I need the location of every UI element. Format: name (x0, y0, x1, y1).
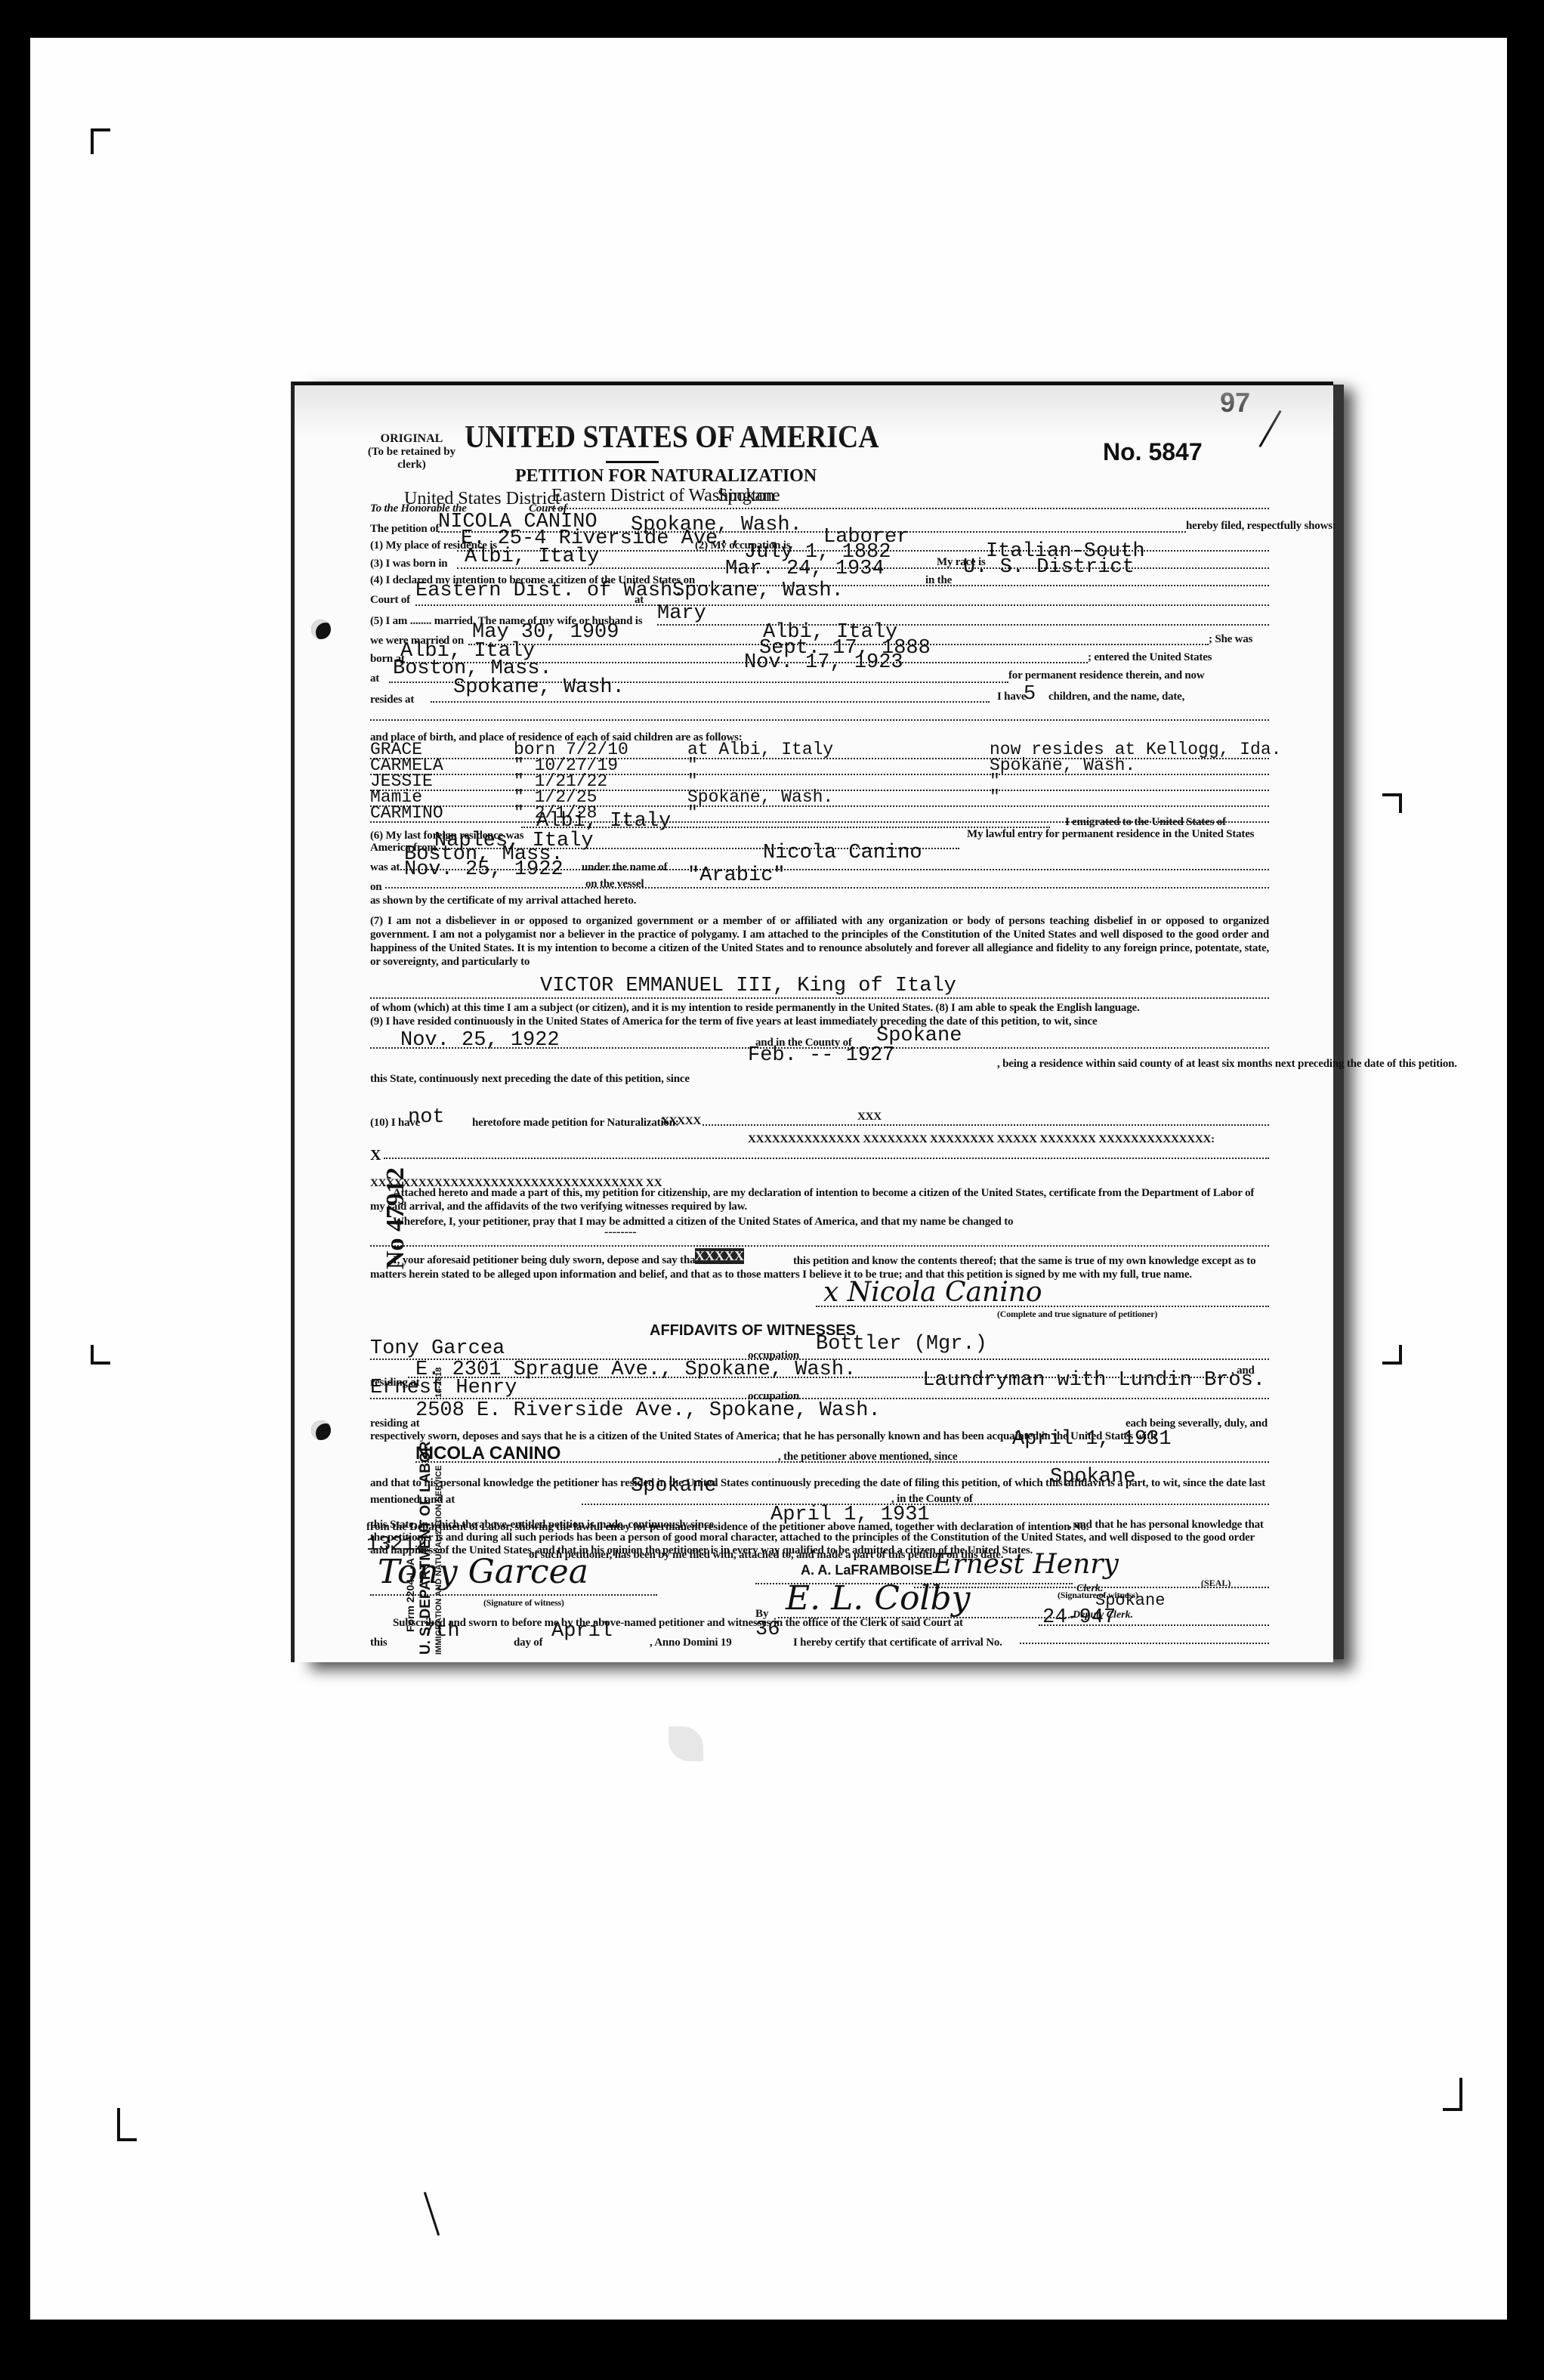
child-row: Mamie" 1/2/25Spokane, Wash." (370, 790, 1269, 807)
county-since-date: Feb. -- 1927 (748, 1044, 894, 1067)
retained-note: (To be retained by clerk) (366, 446, 457, 471)
court-place: Spokane (718, 486, 780, 506)
under-name-label: under the name of (582, 861, 667, 874)
deputy-signature: E. L. Colby (786, 1579, 971, 1618)
jurat-year: 36 (755, 1618, 780, 1641)
child-born: " 10/27/19 (514, 758, 618, 773)
witness-2-occupation: Laundryman with Lundin Bros. (812, 1371, 1265, 1389)
children-count-label: I have (997, 691, 1026, 703)
child-residence: " (990, 774, 1000, 789)
name-change-value: -------- (604, 1226, 637, 1239)
spouse-name: Mary (657, 602, 706, 625)
court-of-label-2: Court of (370, 594, 410, 607)
this-label: this (370, 1637, 388, 1649)
service-label: IMMIGRATION AND NATURALIZATION SERVICE (434, 1465, 443, 1655)
child-name: Mamie (370, 790, 422, 805)
born-place: Albi, Italy (465, 546, 599, 568)
child-name: CARMINO (370, 805, 443, 821)
child-place: " (687, 758, 698, 773)
permanent-note: for permanent residence therein, and now (1008, 669, 1205, 682)
struck-x: X (370, 1147, 381, 1164)
stub-number: No 47912 (381, 1167, 410, 1269)
child-place: Spokane, Wash. (687, 790, 833, 805)
by-label: By (755, 1608, 769, 1621)
vessel-name: "Arabic" (687, 864, 786, 887)
struck-line: XXXXXXXXXXXXXX XXXXXXXX XXXXXXXX XXXXX X… (748, 1133, 1215, 1146)
original-label: ORIGINAL (370, 432, 453, 446)
clerk-label: Clerk. (1076, 1583, 1103, 1595)
corner-mark-right-middle (1382, 1345, 1402, 1365)
sovereign-name: VICTOR EMMANUEL III, King of Italy (540, 975, 956, 997)
resided-at: Spokane (631, 1475, 716, 1498)
print-code: 14-2818 (434, 1368, 443, 1398)
subject-note: of whom (which) at this time I am a subj… (370, 1002, 1140, 1015)
document-subtitle: PETITION FOR NATURALIZATION (515, 466, 817, 487)
struck-text: XXX (857, 1111, 882, 1124)
spouse-entry-date: Nov. 17, 1923 (744, 651, 903, 674)
child-residence: Spokane, Wash. (990, 758, 1135, 773)
petitioner-signature: x Nicola Canino (823, 1277, 1042, 1308)
attached-text: Attached hereto and made a part of this,… (370, 1186, 1269, 1213)
punch-hole (311, 620, 331, 639)
child-place: " (687, 805, 698, 821)
petitioner-label: The petition of (370, 523, 439, 536)
lawful-entry-note: My lawful entry for permanent residence … (967, 828, 1254, 841)
on-label: on (370, 881, 381, 894)
declared-at: Spokane, Wash. (672, 580, 844, 602)
witness-1-occupation: Bottler (Mgr.) (816, 1333, 987, 1355)
corner-mark-right-upper (1382, 793, 1402, 813)
county-note: , being a residence within said county o… (997, 1058, 1457, 1071)
certify-text: I hereby certify that certificate of arr… (793, 1637, 1002, 1649)
form-number: Form 2204-L-A (404, 1558, 416, 1632)
filed-text: of such petitioner, has been by me filed… (529, 1549, 1003, 1562)
previous-petition-value: not (408, 1106, 445, 1129)
child-residence: " (990, 790, 1000, 805)
witness-2-name: Ernest Henry (370, 1377, 517, 1399)
anno-label: , Anno Domini 19 (650, 1637, 732, 1649)
signature-caption: (Signature of witness) (483, 1597, 564, 1609)
vessel-label: on the vessel (585, 878, 644, 891)
child-name: GRACE (370, 742, 422, 757)
from-text: from the Department of Labor, showing th… (366, 1521, 1089, 1534)
oath-text-2: this petition and know the contents ther… (370, 1254, 1269, 1281)
title-rule (606, 461, 659, 463)
child-place: " (687, 774, 698, 789)
signature-caption: (Complete and true signature of petition… (997, 1309, 1157, 1320)
allegiance-paragraph: (7) I am not a disbeliever in or opposed… (370, 914, 1269, 969)
affidavit-county: Spokane (1050, 1466, 1135, 1488)
corner-mark-bottom-left (117, 2108, 137, 2141)
corner-mark-left-middle (91, 1345, 110, 1365)
child-residence: now resides at Kellogg, Ida. (990, 742, 1281, 757)
declared-court-of: Eastern Dist. of Wash. (415, 580, 684, 602)
child-born: " 1/21/22 (514, 774, 607, 789)
child-name: JESSIE (370, 774, 433, 789)
child-born: born 7/2/10 (514, 742, 628, 757)
intention-number: 13212 (366, 1534, 428, 1556)
filed-note: hereby filed, respectfully shows: (1186, 520, 1336, 533)
day-of-label: day of (514, 1637, 542, 1649)
jurat-month: April (551, 1620, 613, 1643)
was-at-label: was at (370, 861, 400, 874)
corner-mark-bottom-right (1443, 2078, 1462, 2111)
born-label: (3) I was born in (370, 558, 447, 570)
child-place: at Albi, Italy (687, 742, 833, 757)
check-mark (1258, 410, 1281, 447)
certificate-note: as shown by the certificate of my arriva… (370, 895, 636, 907)
jurat-text: Subscribed and sworn to before me by the… (393, 1617, 963, 1630)
wherefore-text: Wherefore, I, your petitioner, pray that… (370, 1215, 1095, 1229)
child-row: CARMELA" 10/27/19"Spokane, Wash. (370, 758, 1269, 775)
petition-number: No. 5847 (1103, 438, 1203, 466)
page-number: 97 (1220, 387, 1250, 419)
spouse-resides: Spokane, Wash. (453, 676, 625, 699)
naturalization-petition: 97 ORIGINAL (To be retained by clerk) UN… (291, 382, 1333, 1662)
at-label-2: at (370, 672, 379, 685)
punch-hole (311, 1420, 331, 1440)
scan-artifact (424, 2192, 440, 2236)
spouse-entered-note: ; entered the United States (1088, 651, 1212, 664)
clerk-name: A. A. LaFRAMBOISE (801, 1562, 932, 1578)
entry-name: Nicola Canino (763, 842, 922, 864)
declared-court: U. S. District (963, 556, 1135, 579)
seal-label: (SEAL) (1201, 1578, 1231, 1589)
she-was-label: ; She was (1209, 633, 1252, 646)
children-count: 5 (1024, 683, 1036, 706)
children-note: children, and the name, date, (1048, 691, 1184, 703)
entry-date: Nov. 25, 1922 (404, 858, 564, 881)
document-title: UNITED STATES OF AMERICA (465, 419, 879, 456)
previous-petition-note: heretofore made petition for Naturalizat… (472, 1117, 679, 1130)
state-note: this State, continuously next preceding … (370, 1073, 690, 1086)
struck-text: XXXXX (661, 1115, 701, 1128)
child-name: CARMELA (370, 758, 443, 773)
known-since-date: April 1, 1931 (1012, 1428, 1172, 1451)
deputy-label: Deputy Clerk. (1073, 1609, 1133, 1621)
spouse-resides-label: resides at (370, 694, 414, 706)
corner-mark-top-left (91, 128, 110, 154)
emigrated-note: I emigrated to the United States of (1065, 816, 1226, 829)
declared-date: Mar. 24, 1934 (725, 558, 885, 580)
child-born: " 1/2/25 (514, 790, 597, 805)
witness-1-name: Tony Garcea (370, 1337, 505, 1360)
residence-note: (9) I have resided continuously in the U… (370, 1015, 1097, 1028)
